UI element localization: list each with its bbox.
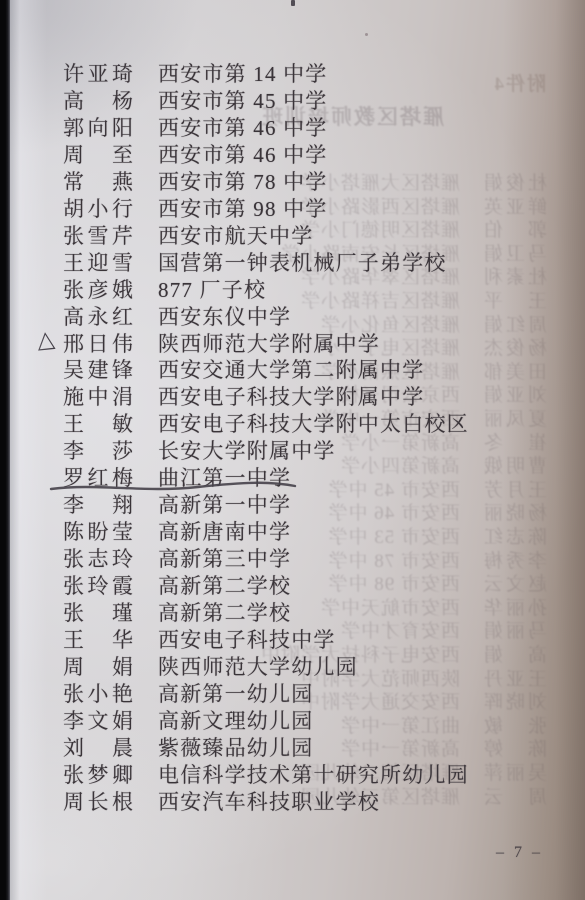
person-name: 李文娟: [63, 705, 137, 735]
person-name: 胡小行: [63, 193, 137, 223]
school-name: 陕西师范大学幼儿园: [158, 651, 358, 681]
school-name: 西安市第 78 中学: [158, 166, 328, 196]
school-name: 西安市航天中学: [158, 220, 313, 250]
person-name: 王 敏: [63, 408, 137, 438]
school-name: 高新第二学校: [158, 570, 291, 600]
school-name: 紫薇臻品幼儿园: [158, 732, 313, 762]
person-name: 张志玲: [63, 543, 137, 573]
person-name: 周长根: [63, 786, 137, 816]
person-name: 高永红: [63, 301, 137, 331]
school-name: 高新第二学校: [158, 597, 291, 627]
person-name: 张彦娥: [63, 274, 137, 304]
document-page-photo: 附件4 雁塔区教师培训班 杜俊娟雁塔区大雁塔小学鲜亚英雁塔区西影路小学郭 伯雁塔…: [0, 0, 585, 900]
person-name: 王 华: [63, 624, 137, 654]
school-name: 高新唐南中学: [158, 516, 291, 546]
page-number: – 7 –: [496, 844, 543, 862]
school-name: 高新第一幼儿园: [158, 678, 313, 708]
person-name: 陈盼莹: [63, 516, 137, 546]
school-name: 西安市第 46 中学: [158, 139, 328, 169]
person-name: 王迎雪: [63, 247, 137, 277]
person-name: 郭向阳: [63, 112, 137, 142]
school-name: 西安汽车科技职业学校: [158, 786, 380, 816]
school-name: 长安大学附属中学: [158, 435, 336, 465]
person-name: 李 莎: [63, 435, 137, 465]
school-name: 西安东仪中学: [158, 301, 291, 331]
school-name: 西安市第 46 中学: [158, 112, 328, 142]
person-name: 许亚琦: [63, 58, 137, 88]
person-name: 邢日伟: [63, 328, 137, 358]
school-name: 西安市第 45 中学: [158, 85, 328, 115]
person-name: 张 瑾: [63, 597, 137, 627]
person-name: 高 杨: [63, 85, 137, 115]
underline-mark: [48, 479, 298, 495]
dust-speck: [291, 0, 295, 6]
school-name: 西安电子科技大学附中太白校区: [158, 408, 469, 438]
school-name: 西安交通大学第二附属中学: [158, 354, 424, 384]
person-name: 施中涓: [63, 381, 137, 411]
school-name: 国营第一钟表机械厂子弟学校: [158, 247, 447, 277]
school-name: 西安市第 98 中学: [158, 193, 328, 223]
school-name: 西安电子科技中学: [158, 624, 336, 654]
school-name: 西安市第 14 中学: [158, 58, 328, 88]
book-spine-edge: [0, 0, 10, 900]
person-name: 周 至: [63, 139, 137, 169]
school-name: 电信科学技术第十研究所幼儿园: [158, 759, 469, 789]
triangle-mark: △: [36, 326, 56, 354]
dust-speck: [365, 33, 368, 36]
person-name: 张小艳: [63, 678, 137, 708]
person-name: 周 娟: [63, 651, 137, 681]
person-name: 张雪芹: [63, 220, 137, 250]
person-name: 吴建锋: [63, 354, 137, 384]
school-name: 西安电子科技大学附属中学: [158, 381, 424, 411]
person-name: 张玲霞: [63, 570, 137, 600]
school-name: 877 厂子校: [158, 274, 266, 304]
person-name: 刘 晨: [63, 732, 137, 762]
awardee-list: 许亚琦西安市第 14 中学高 杨西安市第 45 中学郭向阳西安市第 46 中学周…: [0, 0, 585, 900]
school-name: 陕西师范大学附属中学: [158, 328, 380, 358]
person-name: 常 燕: [63, 166, 137, 196]
school-name: 高新文理幼儿园: [158, 705, 313, 735]
school-name: 高新第三中学: [158, 543, 291, 573]
person-name: 张梦卿: [63, 759, 137, 789]
